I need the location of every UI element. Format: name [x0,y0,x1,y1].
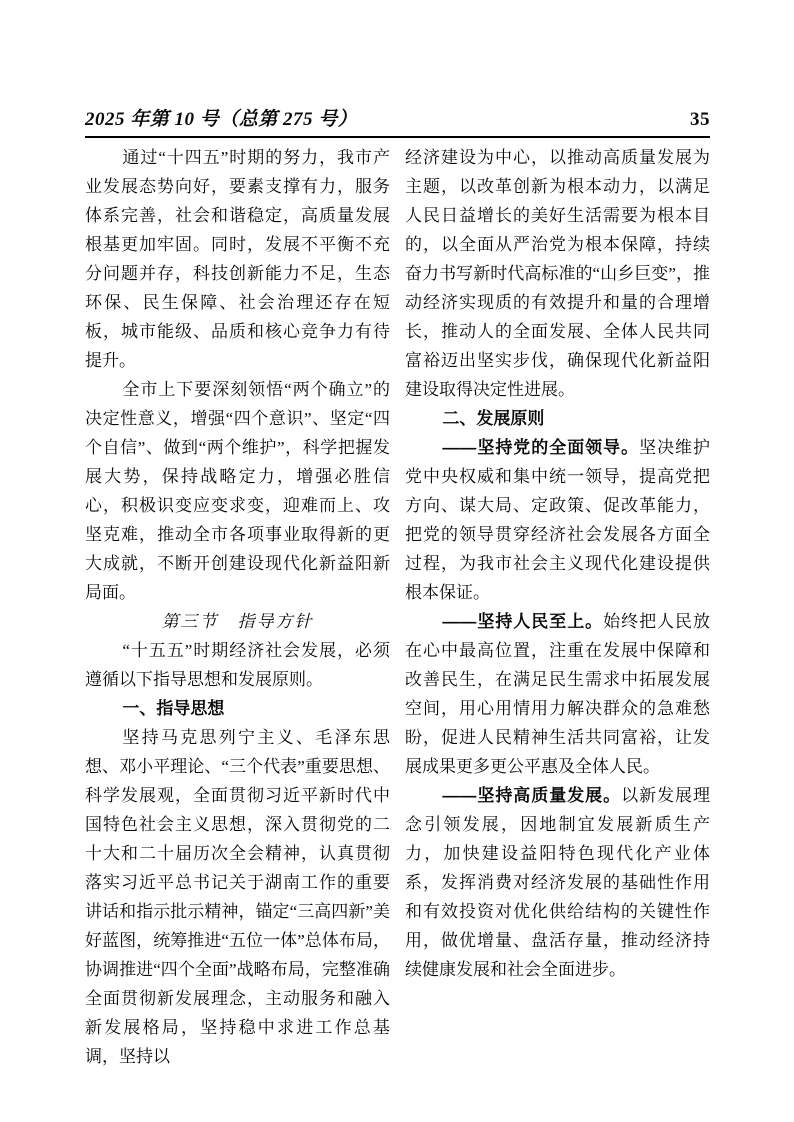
principle-body: 以新发展理念引领发展，因地制宜发展新质生产力，加快建设益阳特色现代化产业体系，发… [405,786,710,979]
principle-item-high-quality-development: ——坚持高质量发展。以新发展理念引领发展，因地制宜发展新质生产力，加快建设益阳特… [405,781,710,984]
principle-item-party-leadership: ——坚持党的全面领导。坚决维护党中央权威和集中统一领导，提高党把方向、谋大局、定… [405,433,710,607]
issue-number: 2025 年第 10 号（总第 275 号） [85,104,357,131]
document-body: 通过“十四五”时期的努力，我市产业发展态势向好，要素支撑有力，服务体系完善，社会… [85,143,710,1071]
right-column: 经济建设为中心，以推动高质量发展为主题，以改革创新为根本动力，以满足人民日益增长… [405,143,710,1071]
principle-lead: ——坚持党的全面领导。 [442,438,639,457]
principle-body: 坚决维护党中央权威和集中统一领导，提高党把方向、谋大局、定政策、促改革能力，把党… [405,438,710,602]
principle-lead: ——坚持高质量发展。 [442,786,621,805]
paragraph-guiding-ideology: 坚持马克思列宁主义、毛泽东思想、邓小平理论、“三个代表”重要思想、科学发展观，全… [85,723,390,1071]
page-number: 35 [690,109,710,131]
principle-body: 始终把人民放在心中最高位置，注重在发展中保障和改善民生，在满足民生需求中拓展发展… [405,612,710,776]
principle-lead: ——坚持人民至上。 [442,612,603,631]
paragraph-guiding-ideology-continued: 经济建设为中心，以推动高质量发展为主题，以改革创新为根本动力，以满足人民日益增长… [405,143,710,404]
subsection-heading-guiding-ideology: 一、指导思想 [85,694,390,723]
subsection-heading-principles: 二、发展原则 [405,404,710,433]
paragraph-requirements: 全市上下要深刻领悟“两个确立”的决定性意义，增强“四个意识”、坚定“四个自信”、… [85,375,390,607]
left-column: 通过“十四五”时期的努力，我市产业发展态势向好，要素支撑有力，服务体系完善，社会… [85,143,390,1071]
page-header: 2025 年第 10 号（总第 275 号） 35 [85,104,710,138]
section-heading: 第三节 指导方针 [85,607,390,636]
document-page: 2025 年第 10 号（总第 275 号） 35 通过“十四五”时期的努力，我… [0,0,794,1122]
paragraph-achievements: 通过“十四五”时期的努力，我市产业发展态势向好，要素支撑有力，服务体系完善，社会… [85,143,390,375]
paragraph-intro: “十五五”时期经济社会发展，必须遵循以下指导思想和发展原则。 [85,636,390,694]
principle-item-people-first: ——坚持人民至上。始终把人民放在心中最高位置，注重在发展中保障和改善民生，在满足… [405,607,710,781]
